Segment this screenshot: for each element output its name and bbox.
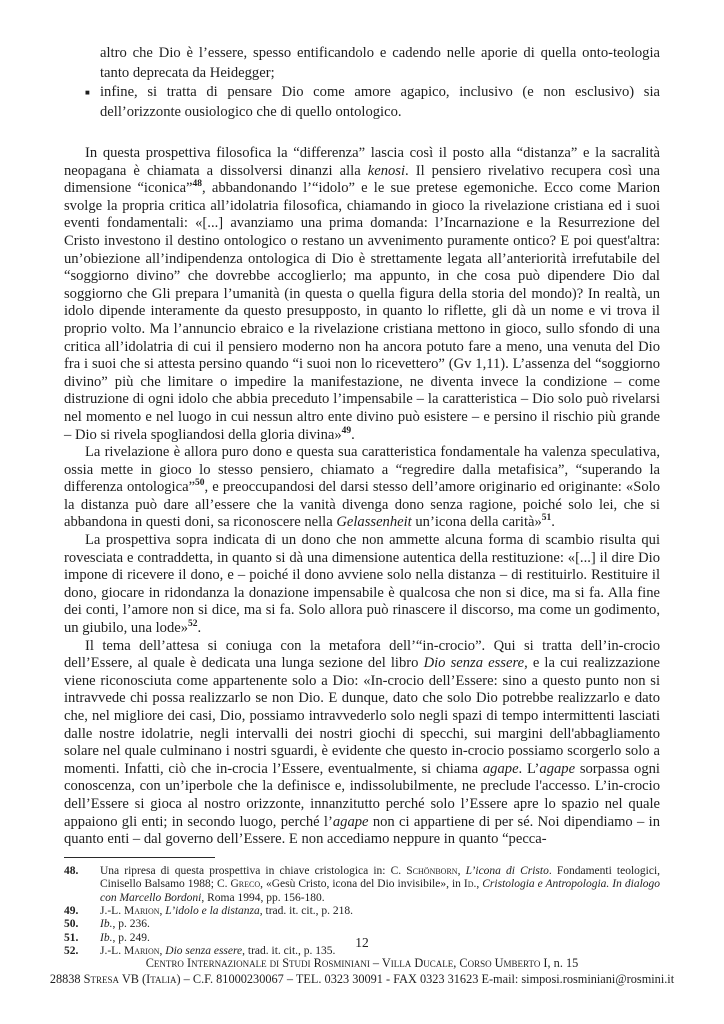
footnote-text: Ib., p. 236. [100, 918, 660, 931]
list-item: ■ infine, si tratta di pensare Dio come … [85, 83, 660, 122]
document-page: altro che Dio è l’essere, spesso entific… [0, 0, 724, 1024]
page-number: 12 [0, 935, 724, 951]
footnote-text: J.-L. Marion, L’idolo e la distanza, tra… [100, 905, 660, 918]
footer-line-2: 28838 Stresa VB (Italia) – C.F. 81000230… [0, 971, 724, 987]
list-item-text: altro che Dio è l’essere, spesso entific… [100, 44, 660, 83]
paragraph: In questa prospettiva filosofica la “dif… [64, 145, 660, 444]
body-text: In questa prospettiva filosofica la “dif… [64, 145, 660, 849]
paragraph: Il tema dell’attesa si coniuga con la me… [64, 638, 660, 849]
footnote-number: 49. [64, 905, 100, 918]
footnote-separator [64, 857, 215, 858]
footnote-number: 48. [64, 865, 100, 905]
footer-line-1: Centro Internazionale di Studi Rosminian… [0, 955, 724, 971]
paragraph: La rivelazione è allora puro dono e ques… [64, 444, 660, 532]
footnote-text: Una ripresa di questa prospettiva in chi… [100, 865, 660, 905]
square-bullet-icon [85, 44, 100, 83]
list-item: altro che Dio è l’essere, spesso entific… [85, 44, 660, 83]
footnote-item: 49. J.-L. Marion, L’idolo e la distanza,… [64, 905, 660, 918]
footnote-number: 50. [64, 918, 100, 931]
footnote-item: 50. Ib., p. 236. [64, 918, 660, 931]
bullet-list: altro che Dio è l’essere, spesso entific… [85, 44, 660, 122]
list-item-text: infine, si tratta di pensare Dio come am… [100, 83, 660, 122]
square-bullet-icon: ■ [85, 83, 100, 122]
page-footer: 12 Centro Internazionale di Studi Rosmin… [0, 935, 724, 987]
footnote-item: 48. Una ripresa di questa prospettiva in… [64, 865, 660, 905]
paragraph: La prospettiva sopra indicata di un dono… [64, 532, 660, 638]
